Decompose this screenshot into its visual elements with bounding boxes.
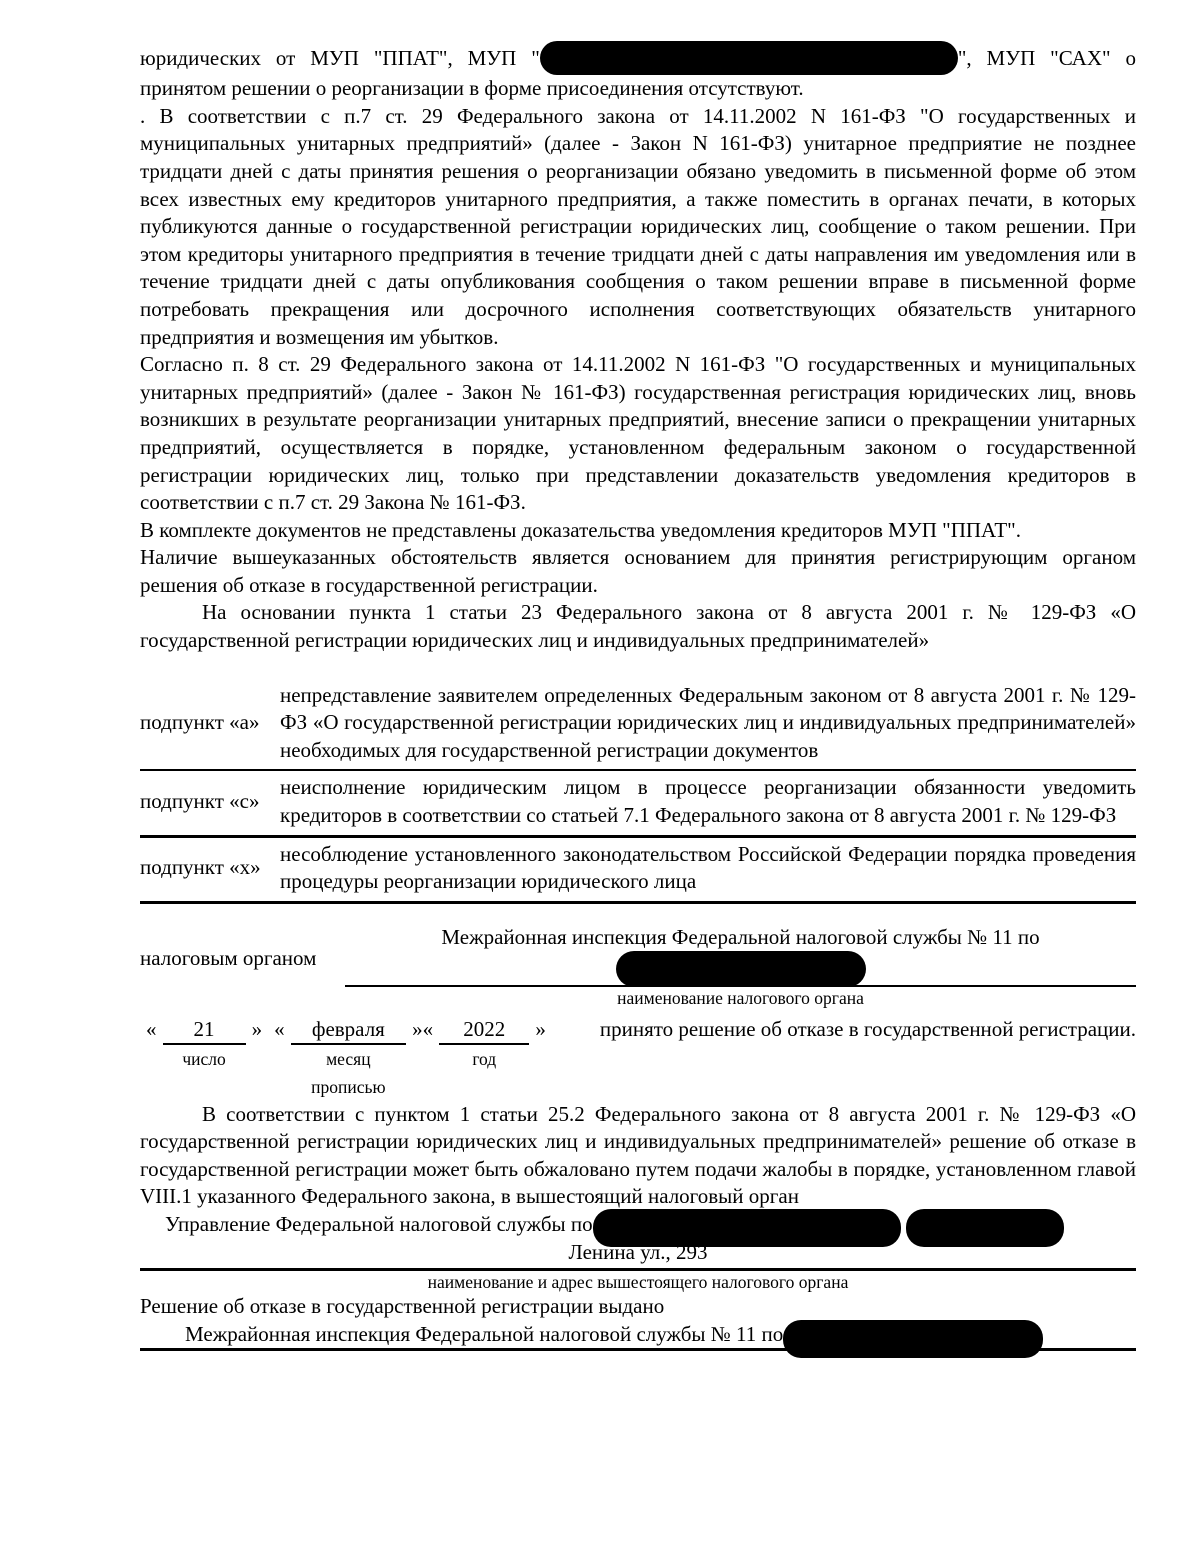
date-year-caption: год xyxy=(472,1049,496,1069)
tax-authority-name-underline xyxy=(345,951,1136,987)
redaction-bar xyxy=(540,41,958,75)
upper-authority-name: Управление Федеральной налоговой службы … xyxy=(165,1212,593,1236)
paragraph-grounds: Наличие вышеуказанных обстоятельств явля… xyxy=(140,544,1136,599)
redaction-bar xyxy=(906,1209,1064,1247)
decision-statement: принято решение об отказе в государствен… xyxy=(600,1016,1136,1044)
issued-intro: Решение об отказе в государственной реги… xyxy=(140,1293,1136,1321)
tax-authority-block: налоговым органом Межрайонная инспекция … xyxy=(140,924,1136,1010)
tax-authority-field: Межрайонная инспекция Федеральной налого… xyxy=(345,924,1136,1010)
decision-date-row: « 21 число » « февраля месяц прописью »«… xyxy=(140,1016,1136,1101)
subpoint-row-x: подпункт «х» несоблюдение установленного… xyxy=(140,838,1136,904)
paragraph-creditors-absent: юридических от МУП "ППАТ", МУП "", МУП "… xyxy=(140,45,1136,103)
redaction-bar xyxy=(616,951,866,987)
subpoint-a-text: непредставление заявителем определенных … xyxy=(280,682,1136,765)
subpoint-row-c: подпункт «с» неисполнение юридическим ли… xyxy=(140,771,1136,837)
tax-authority-caption: наименование налогового органа xyxy=(345,987,1136,1009)
date-month-field: февраля месяц прописью xyxy=(291,1016,407,1101)
document-page: юридических от МУП "ППАТ", МУП "", МУП "… xyxy=(0,0,1200,1553)
close-open-quotes: »« xyxy=(406,1016,439,1044)
date-year-field: 2022 год xyxy=(439,1016,529,1073)
redaction-bar xyxy=(783,1320,1043,1358)
date-month-caption: месяц прописью xyxy=(311,1049,385,1097)
date-day-field: 21 число xyxy=(163,1016,246,1073)
tax-authority-name: Межрайонная инспекция Федеральной налого… xyxy=(345,924,1136,952)
paragraph-law-161-p7: . В соответствии с п.7 ст. 29 Федерально… xyxy=(140,103,1136,351)
open-quote: « xyxy=(140,1016,163,1044)
subpoint-c-text: неисполнение юридическим лицом в процесс… xyxy=(280,774,1136,829)
paragraph-appeal: В соответствии с пунктом 1 статьи 25.2 Ф… xyxy=(140,1101,1136,1211)
paragraph-law-161-p8: Согласно п. 8 ст. 29 Федерального закона… xyxy=(140,351,1136,517)
subpoint-row-a: подпункт «а» непредставление заявителем … xyxy=(140,679,1136,772)
open-quote: « xyxy=(268,1016,291,1044)
subpoint-x-text: несоблюдение установленного законодатель… xyxy=(280,841,1136,896)
date-day-value: 21 xyxy=(163,1016,246,1046)
tax-authority-label: налоговым органом xyxy=(140,945,316,973)
upper-authority-caption: наименование и адрес вышестоящего налого… xyxy=(140,1271,1136,1293)
close-quote: » xyxy=(529,1016,552,1044)
subpoint-a-label: подпункт «а» xyxy=(140,709,280,737)
document-content: юридических от МУП "ППАТ", МУП "", МУП "… xyxy=(140,45,1136,1351)
subpoints-table: подпункт «а» непредставление заявителем … xyxy=(140,679,1136,904)
paragraph-text-before-redaction: юридических от МУП "ППАТ", МУП " xyxy=(140,46,540,70)
close-quote: » xyxy=(246,1016,269,1044)
subpoint-c-label: подпункт «с» xyxy=(140,788,280,816)
paragraph-no-proofs: В комплекте документов не представлены д… xyxy=(140,517,1136,545)
date-day-caption: число xyxy=(182,1049,225,1069)
date-month-value: февраля xyxy=(291,1016,407,1046)
upper-authority-line: Управление Федеральной налоговой службы … xyxy=(140,1211,1136,1239)
subpoint-x-label: подпункт «х» xyxy=(140,854,280,882)
date-year-value: 2022 xyxy=(439,1016,529,1046)
issued-authority-name: Межрайонная инспекция Федеральной налого… xyxy=(185,1322,783,1346)
paragraph-basis-article-23: На основании пункта 1 статьи 23 Федераль… xyxy=(140,599,1136,654)
issued-authority-line: Межрайонная инспекция Федеральной налого… xyxy=(140,1321,1136,1352)
